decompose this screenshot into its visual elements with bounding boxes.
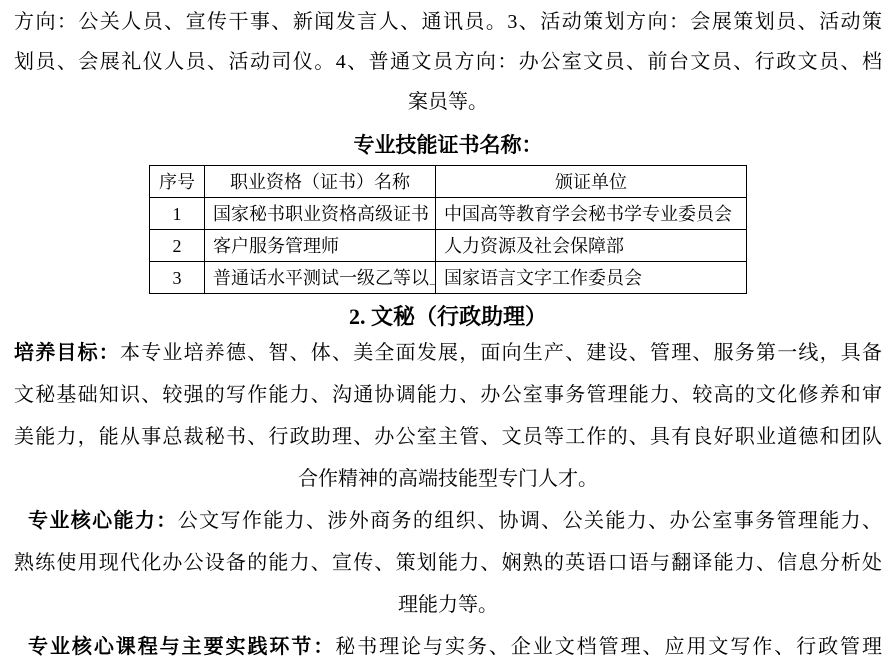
core-course-label: 专业核心课程与主要实践环节： (28, 636, 335, 658)
core-course-text: 秘书理论与实务、企业文档管理、应用文写作、行政管理 (335, 636, 882, 658)
table-row: 1 国家秘书职业资格高级证书 中国高等教育学会秘书学专业委员会 (150, 198, 747, 230)
training-objective-text: 本专业培养德、智、体、美全面发展，面向生产、建设、管理、服务第一线，具备 (120, 342, 882, 364)
training-objective-line-1: 培养目标：本专业培养德、智、体、美全面发展，面向生产、建设、管理、服务第一线，具… (14, 332, 882, 374)
table-cell-unit: 人力资源及社会保障部 (436, 230, 747, 262)
training-objective-label: 培养目标： (14, 342, 120, 364)
training-objective-line-2: 文秘基础知识、较强的写作能力、沟通协调能力、办公室事务管理能力、较高的文化修养和… (14, 374, 882, 416)
table-cell-no: 2 (150, 230, 205, 262)
table-cell-unit: 国家语言文字工作委员会 (436, 262, 747, 294)
section-2-heading: 2. 文秘（行政助理） (14, 302, 882, 332)
certificate-heading: 专业技能证书名称： (14, 130, 882, 160)
core-ability-line-3: 理能力等。 (14, 584, 882, 626)
table-cell-unit: 中国高等教育学会秘书学专业委员会 (436, 198, 747, 230)
certificate-table: 序号 职业资格（证书）名称 颁证单位 1 国家秘书职业资格高级证书 中国高等教育… (149, 165, 747, 294)
table-row: 3 普通话水平测试一级乙等以上证书 国家语言文字工作委员会 (150, 262, 747, 294)
table-cell-no: 1 (150, 198, 205, 230)
training-objective-line-4: 合作精神的高端技能型专门人才。 (14, 458, 882, 500)
table-header-cell-unit: 颁证单位 (436, 166, 747, 198)
table-cell-name: 普通话水平测试一级乙等以上证书 (205, 262, 436, 294)
table-row: 2 客户服务管理师 人力资源及社会保障部 (150, 230, 747, 262)
core-ability-text: 公文写作能力、涉外商务的组织、协调、公关能力、办公室事务管理能力、 (178, 510, 882, 532)
table-header-row: 序号 职业资格（证书）名称 颁证单位 (150, 166, 747, 198)
table-cell-name: 国家秘书职业资格高级证书 (205, 198, 436, 230)
career-directions-line-2: 划员、会展礼仪人员、活动司仪。4、普通文员方向：办公室文员、前台文员、行政文员、… (14, 42, 882, 82)
core-ability-line-1: 专业核心能力：公文写作能力、涉外商务的组织、协调、公关能力、办公室事务管理能力、 (14, 500, 882, 542)
career-directions-line-3: 案员等。 (14, 82, 882, 122)
table-header-cell-no: 序号 (150, 166, 205, 198)
table-header-cell-name: 职业资格（证书）名称 (205, 166, 436, 198)
document-page: 方向：公关人员、宣传干事、新闻发言人、通讯员。3、活动策划方向：会展策划员、活动… (0, 0, 896, 667)
core-ability-label: 专业核心能力： (28, 510, 178, 532)
core-course-line-1: 专业核心课程与主要实践环节：秘书理论与实务、企业文档管理、应用文写作、行政管理 (14, 626, 882, 667)
career-directions-line-1: 方向：公关人员、宣传干事、新闻发言人、通讯员。3、活动策划方向：会展策划员、活动… (14, 2, 882, 42)
core-ability-line-2: 熟练使用现代化办公设备的能力、宣传、策划能力、娴熟的英语口语与翻译能力、信息分析… (14, 542, 882, 584)
table-cell-name: 客户服务管理师 (205, 230, 436, 262)
table-cell-no: 3 (150, 262, 205, 294)
training-objective-line-3: 美能力，能从事总裁秘书、行政助理、办公室主管、文员等工作的、具有良好职业道德和团… (14, 416, 882, 458)
